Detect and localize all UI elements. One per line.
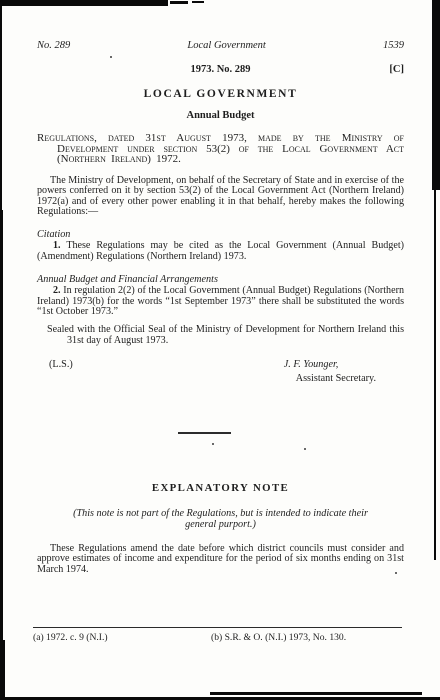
- page-number: 1539: [383, 40, 404, 51]
- regulation-1-number: 1.: [53, 240, 61, 251]
- signatory-title: Assistant Secretary.: [284, 373, 376, 384]
- regulation-1-heading: Citation: [37, 229, 404, 240]
- regulation-2-paragraph: 2. In regulation 2(2) of the Local Gover…: [37, 286, 404, 317]
- rule-number: 1973. No. 289: [190, 64, 250, 75]
- scan-artifact-right-bar: [432, 0, 440, 190]
- footnote-rule: [33, 627, 402, 628]
- scan-artifact-top-dash-1: [170, 1, 188, 4]
- explanatory-note-body: These Regulations amend the date before …: [37, 544, 404, 575]
- seal-mark: (L.S.): [37, 359, 73, 384]
- signature-block: J. F. Younger, Assistant Secretary.: [284, 359, 404, 384]
- made-line: Regulations, dated 31st August 1973, mad…: [37, 133, 404, 165]
- explanatory-note-section: EXPLANATORY NOTE (This note is not part …: [37, 425, 404, 575]
- footnote-b: (b) S.R. & O. (N.I.) 1973, No. 130.: [211, 632, 402, 643]
- footnote-area: (a) 1972. c. 9 (N.I.) (b) S.R. & O. (N.I…: [33, 627, 402, 643]
- explanatory-note-heading: EXPLANATORY NOTE: [37, 482, 404, 494]
- scan-artifact-top-dash-2: [192, 1, 204, 3]
- running-title: Local Government: [70, 40, 383, 51]
- sealing-clause: Sealed with the Official Seal of the Min…: [37, 325, 404, 346]
- scan-artifact-top-bar: [0, 0, 168, 6]
- regulation-1-paragraph: 1. These Regulations may be cited as the…: [37, 241, 404, 262]
- regulation-2-heading: Annual Budget and Financial Arrangements: [37, 274, 404, 285]
- enacting-paragraph: The Ministry of Development, on behalf o…: [37, 176, 404, 218]
- subtitle-heading: Annual Budget: [37, 110, 404, 121]
- rule-number-row: 1973. No. 289 [C]: [37, 64, 404, 75]
- scan-artifact-left-blob: [0, 640, 5, 700]
- footnote-row: (a) 1972. c. 9 (N.I.) (b) S.R. & O. (N.I…: [33, 632, 402, 643]
- signatory-name: J. F. Younger,: [284, 359, 339, 370]
- scan-artifact-bottom-thick-bar: [210, 692, 422, 695]
- regulation-2-number: 2.: [53, 285, 61, 296]
- footnote-a: (a) 1972. c. 9 (N.I.): [33, 632, 211, 643]
- scan-artifact-right-line: [434, 188, 436, 560]
- regulation-1-text: These Regulations may be cited as the Lo…: [37, 240, 404, 261]
- running-header: No. 289 Local Government 1539: [37, 40, 404, 51]
- regulation-2-text: In regulation 2(2) of the Local Governme…: [37, 285, 404, 317]
- classification-mark: [C]: [389, 64, 404, 75]
- explanatory-note-disclaimer: (This note is not part of the Regulation…: [65, 508, 376, 530]
- scan-artifact-left-line-mid: [0, 210, 3, 640]
- signature-row: (L.S.) J. F. Younger, Assistant Secretar…: [37, 359, 404, 384]
- subject-heading: LOCAL GOVERNMENT: [37, 88, 404, 100]
- section-divider: [178, 432, 231, 434]
- document-page: No. 289 Local Government 1539 1973. No. …: [37, 40, 404, 384]
- doc-number: No. 289: [37, 40, 70, 51]
